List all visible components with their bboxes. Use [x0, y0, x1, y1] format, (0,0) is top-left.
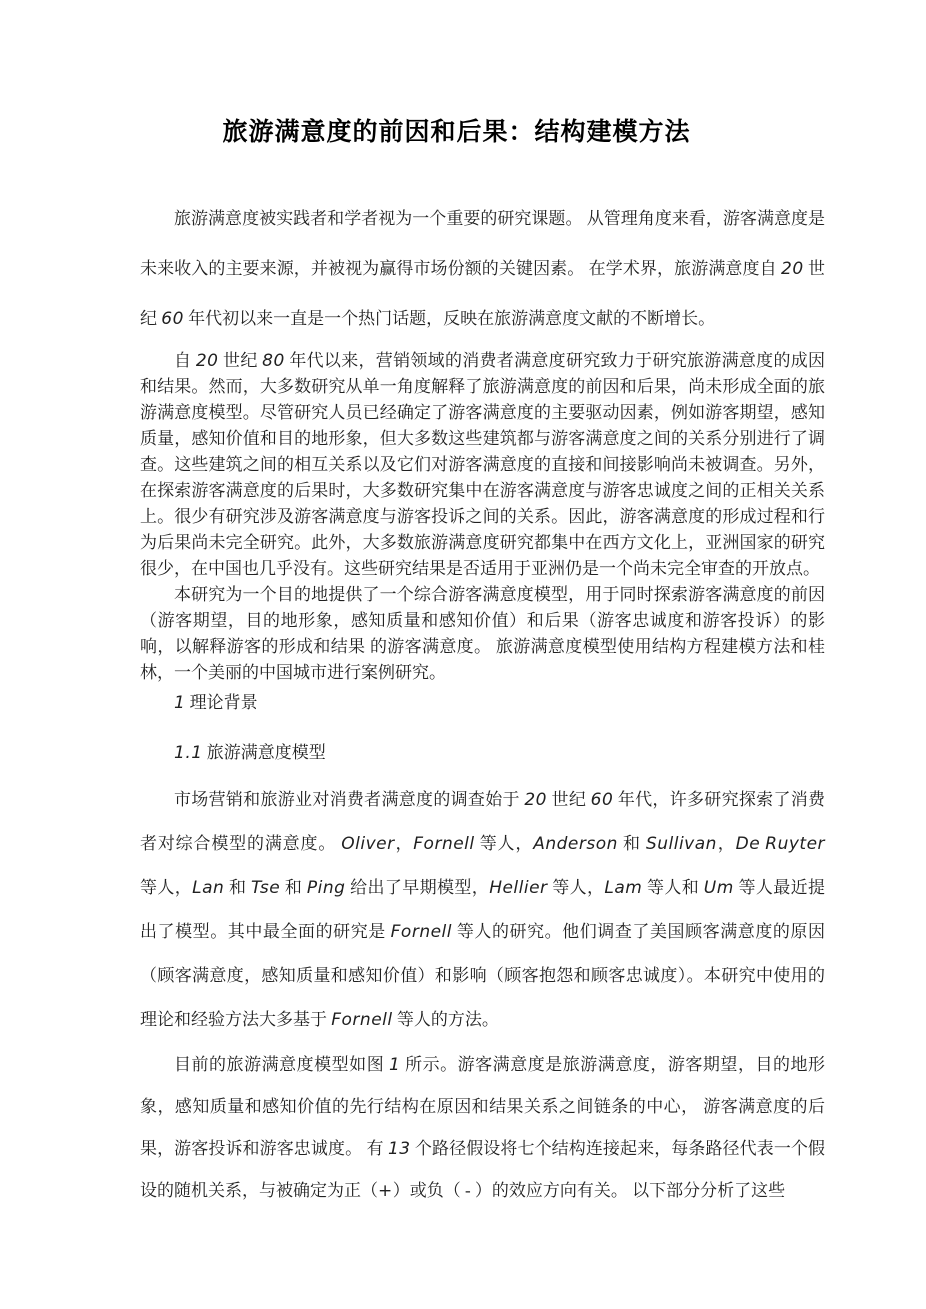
document-page: 旅游满意度的前因和后果：结构建模方法 旅游满意度被实践者和学者视为一个重要的研究…: [0, 0, 926, 1309]
paragraph-study-purpose: 本研究为一个目的地提供了一个综合游客满意度模型，用于同时探索游客满意度的前因（游…: [140, 582, 825, 686]
latin-text-run: 1: [174, 693, 185, 713]
latin-text-run: Oliver: [341, 834, 394, 854]
latin-text-run: Fornell: [413, 834, 474, 854]
latin-text-run: 1: [389, 1055, 400, 1075]
paragraph-literature-gap: 自 20 世纪 80 年代以来，营销领域的消费者满意度研究致力于研究旅游满意度的…: [140, 348, 825, 582]
latin-text-run: +: [378, 1181, 393, 1201]
latin-text-run: Ruyter: [765, 834, 825, 854]
latin-text-run: Fornell: [391, 922, 452, 942]
latin-text-run: 60: [161, 309, 184, 329]
paragraph-models-history: 市场营销和旅游业对消费者满意度的调查始于 20 世纪 60 年代，许多研究探索了…: [140, 778, 825, 1042]
paragraph-intro: 旅游满意度被实践者和学者视为一个重要的研究课题。 从管理角度来看，游客满意度是未…: [140, 194, 825, 344]
latin-text-run: Lam: [604, 878, 642, 898]
latin-text-run: Hellier: [489, 878, 547, 898]
latin-text-run: Lan: [192, 878, 224, 898]
latin-text-run: 20: [781, 259, 804, 279]
latin-text-run: Sullivan: [646, 834, 717, 854]
latin-text-run: Ping: [307, 878, 346, 898]
latin-text-run: Anderson: [533, 834, 618, 854]
latin-text-run: 1.1: [174, 743, 203, 763]
paragraph-current-model: 目前的旅游满意度模型如图 1 所示。游客满意度是旅游满意度，游客期望，目的地形象…: [140, 1044, 825, 1212]
latin-text-run: 20: [196, 351, 219, 371]
latin-text-run: 13: [388, 1139, 411, 1159]
document-title: 旅游满意度的前因和后果：结构建模方法: [114, 0, 799, 150]
latin-text-run: 20: [524, 790, 547, 810]
latin-text-run: Um: [704, 878, 734, 898]
latin-text-run: 60: [591, 790, 614, 810]
section-1-heading: 1 理论背景: [140, 690, 825, 716]
latin-text-run: Fornell: [331, 1010, 392, 1030]
latin-text-run: 80: [262, 351, 285, 371]
latin-text-run: Tse: [251, 878, 280, 898]
section-1-1-heading: 1.1 旅游满意度模型: [140, 740, 825, 766]
latin-text-run: De: [736, 834, 761, 854]
